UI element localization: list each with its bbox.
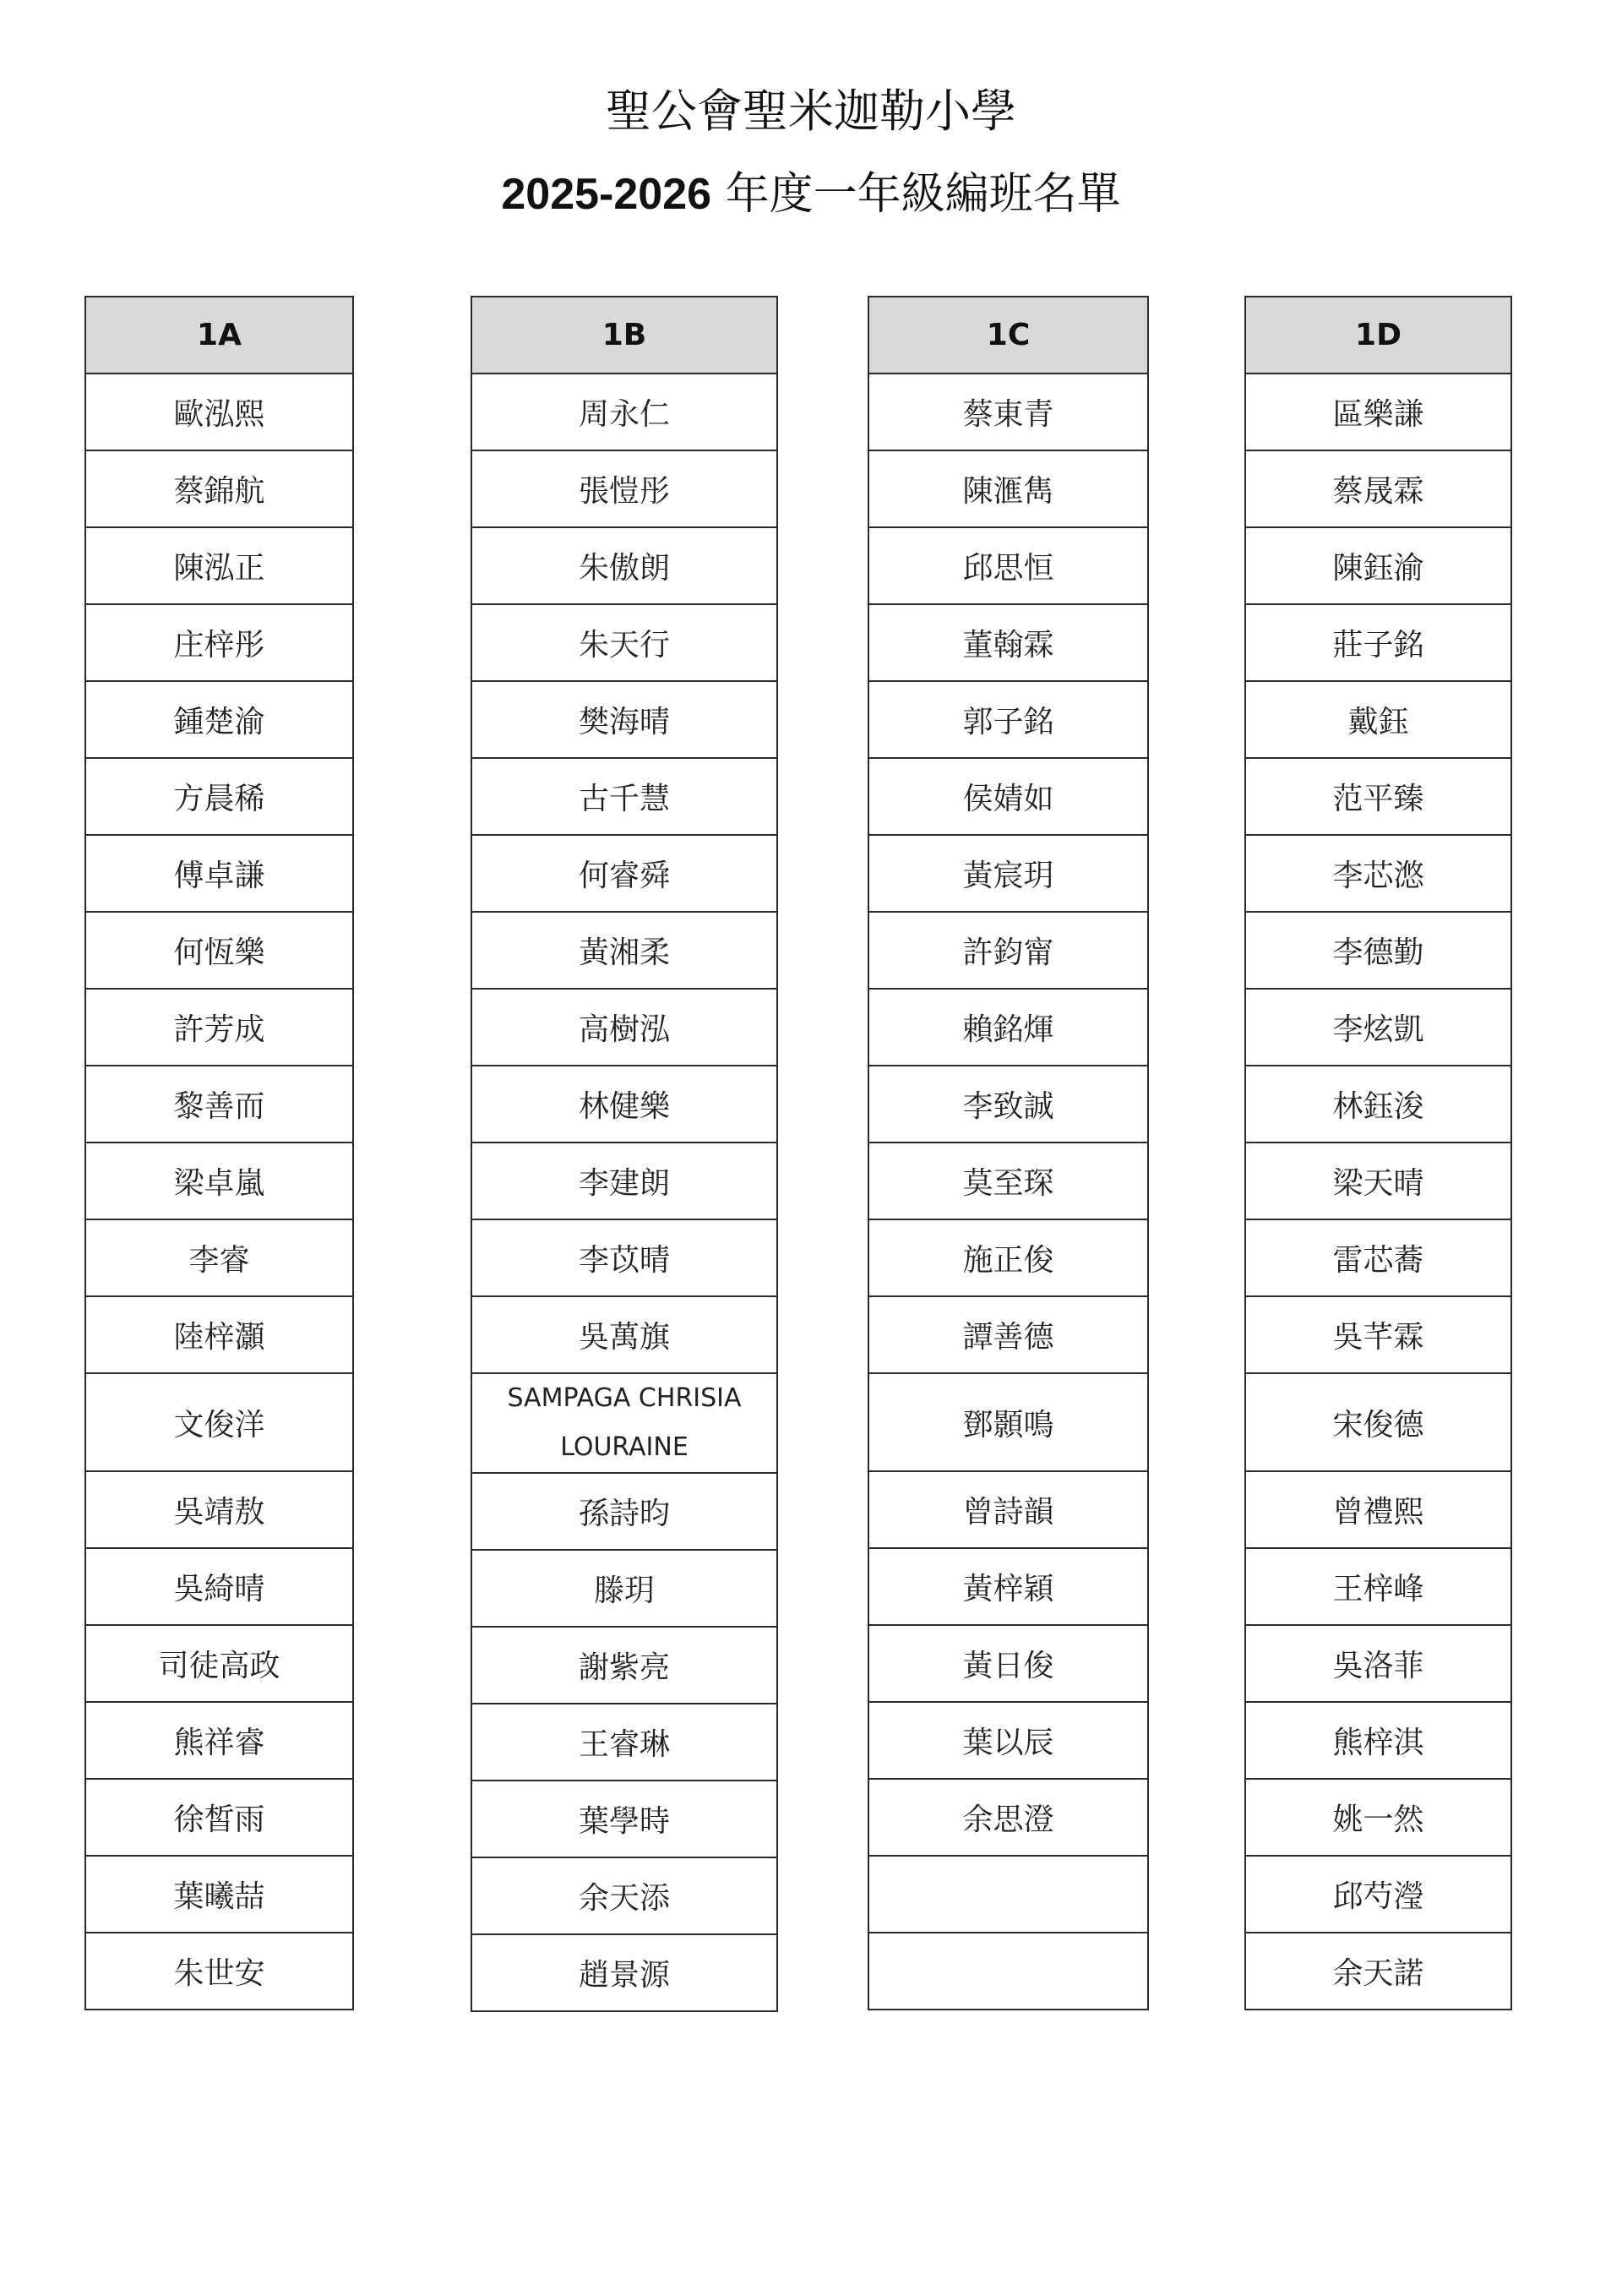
student-name: 許芳成 — [85, 989, 353, 1066]
student-name: 黃日俊 — [868, 1625, 1148, 1702]
student-name: 莊子銘 — [1245, 604, 1511, 681]
student-name: 陳鈺渝 — [1245, 527, 1511, 604]
student-row: 莊子銘 — [1245, 604, 1511, 681]
student-name: SAMPAGA CHRISIA LOURAINE — [471, 1373, 777, 1473]
student-name: 吳靖敖 — [85, 1471, 353, 1548]
student-name: 施正俊 — [868, 1219, 1148, 1296]
student-name: 梁天晴 — [1245, 1143, 1511, 1219]
subtitle-text: 年度一年級編班名單 — [726, 169, 1121, 220]
student-row: 吳芊霖 — [1245, 1296, 1511, 1373]
student-row: 葉曦喆 — [85, 1856, 353, 1933]
student-row: 蔡錦航 — [85, 450, 353, 527]
student-row: 鄧顥鳴 — [868, 1373, 1148, 1471]
student-row: 侯婧如 — [868, 758, 1148, 835]
student-row: 陸梓灝 — [85, 1296, 353, 1373]
student-name: 余天諾 — [1245, 1933, 1511, 2010]
student-name: 吳萬旗 — [471, 1296, 777, 1373]
student-row: 朱天行 — [471, 604, 777, 681]
student-name: 許鈞甯 — [868, 912, 1148, 989]
student-name: 邱思恒 — [868, 527, 1148, 604]
academic-year: 2025-2026 — [501, 170, 711, 219]
student-row: 梁天晴 — [1245, 1143, 1511, 1219]
student-row: 趙景源 — [471, 1934, 777, 2011]
student-name: 姚一然 — [1245, 1779, 1511, 1856]
student-row: 高樹泓 — [471, 989, 777, 1066]
student-row: 熊梓淇 — [1245, 1702, 1511, 1779]
student-name: 黃宸玥 — [868, 835, 1148, 912]
student-name: 余思澄 — [868, 1779, 1148, 1856]
student-row: 陳滙雋 — [868, 450, 1148, 527]
student-name: 黎善而 — [85, 1066, 353, 1143]
student-row: 宋俊德 — [1245, 1373, 1511, 1471]
student-row: 司徒高政 — [85, 1625, 353, 1702]
student-name: 李德勤 — [1245, 912, 1511, 989]
student-row: 何恆樂 — [85, 912, 353, 989]
student-name: 賴銘煇 — [868, 989, 1148, 1066]
student-name: 陳滙雋 — [868, 450, 1148, 527]
student-row: 陳泓正 — [85, 527, 353, 604]
student-name: 歐泓熙 — [85, 374, 353, 450]
student-row: 李建朗 — [471, 1143, 777, 1219]
student-row: 鍾楚渝 — [85, 681, 353, 758]
student-row: 滕玥 — [471, 1550, 777, 1627]
class-table-1a: 1A 歐泓熙蔡錦航陳泓正庄梓彤鍾楚渝方晨稀傅卓謙何恆樂許芳成黎善而梁卓嵐李睿陸梓… — [84, 296, 354, 2010]
student-row: 余思澄 — [868, 1779, 1148, 1856]
class-header: 1D — [1245, 297, 1511, 374]
student-row: 吳綺晴 — [85, 1548, 353, 1625]
student-name: 熊梓淇 — [1245, 1702, 1511, 1779]
student-name: 徐皙雨 — [85, 1779, 353, 1856]
student-name: 鍾楚渝 — [85, 681, 353, 758]
student-name: 戴鈺 — [1245, 681, 1511, 758]
student-name: 司徒高政 — [85, 1625, 353, 1702]
student-row: 方晨稀 — [85, 758, 353, 835]
student-name: 方晨稀 — [85, 758, 353, 835]
student-row: 熊祥睿 — [85, 1702, 353, 1779]
student-row: 王梓峰 — [1245, 1548, 1511, 1625]
student-name: 葉曦喆 — [85, 1856, 353, 1933]
student-name: 朱傲朗 — [471, 527, 777, 604]
student-name: 孫詩昀 — [471, 1473, 777, 1550]
student-row: 邱思恒 — [868, 527, 1148, 604]
student-row — [868, 1933, 1148, 2010]
student-name: 古千慧 — [471, 758, 777, 835]
student-name: 蔡晟霖 — [1245, 450, 1511, 527]
student-name: 王睿琳 — [471, 1704, 777, 1781]
student-name: 文俊洋 — [85, 1373, 353, 1471]
student-name: 譚善德 — [868, 1296, 1148, 1373]
student-name: 侯婧如 — [868, 758, 1148, 835]
student-row: 黎善而 — [85, 1066, 353, 1143]
empty-cell — [868, 1856, 1148, 1933]
student-name: 朱世安 — [85, 1933, 353, 2010]
student-row: 庄梓彤 — [85, 604, 353, 681]
student-row: 朱世安 — [85, 1933, 353, 2010]
student-name: 郭子銘 — [868, 681, 1148, 758]
student-row: 范平臻 — [1245, 758, 1511, 835]
student-name: 鄧顥鳴 — [868, 1373, 1148, 1471]
student-name: 謝紫亮 — [471, 1627, 777, 1704]
empty-cell — [868, 1933, 1148, 2010]
student-name: 梁卓嵐 — [85, 1143, 353, 1219]
student-name: 趙景源 — [471, 1934, 777, 2011]
student-row: 譚善德 — [868, 1296, 1148, 1373]
student-row: 徐皙雨 — [85, 1779, 353, 1856]
student-row: 李致誠 — [868, 1066, 1148, 1143]
class-header: 1A — [85, 297, 353, 374]
student-name: 陳泓正 — [85, 527, 353, 604]
student-row: 黃宸玥 — [868, 835, 1148, 912]
student-name: 何睿舜 — [471, 835, 777, 912]
student-row: 吳萬旗 — [471, 1296, 777, 1373]
student-name: 蔡錦航 — [85, 450, 353, 527]
student-row: 蔡東青 — [868, 374, 1148, 450]
student-name: 吳洛菲 — [1245, 1625, 1511, 1702]
student-name: 朱天行 — [471, 604, 777, 681]
student-row: 賴銘煇 — [868, 989, 1148, 1066]
class-table-1c: 1C 蔡東青陳滙雋邱思恒董翰霖郭子銘侯婧如黃宸玥許鈞甯賴銘煇李致誠莫至琛施正俊譚… — [868, 296, 1149, 2010]
class-header: 1C — [868, 297, 1148, 374]
student-row: SAMPAGA CHRISIA LOURAINE — [471, 1373, 777, 1473]
student-name: 區樂謙 — [1245, 374, 1511, 450]
student-name: 莫至琛 — [868, 1143, 1148, 1219]
student-name: 李睿 — [85, 1219, 353, 1296]
student-row: 朱傲朗 — [471, 527, 777, 604]
student-name: 林健樂 — [471, 1066, 777, 1143]
student-row: 莫至琛 — [868, 1143, 1148, 1219]
student-row: 黃湘柔 — [471, 912, 777, 989]
student-name: 熊祥睿 — [85, 1702, 353, 1779]
student-name: 黃梓穎 — [868, 1548, 1148, 1625]
student-row: 姚一然 — [1245, 1779, 1511, 1856]
student-row: 陳鈺渝 — [1245, 527, 1511, 604]
student-name: 葉學時 — [471, 1781, 777, 1857]
student-name: 雷芯蕎 — [1245, 1219, 1511, 1296]
student-name: 董翰霖 — [868, 604, 1148, 681]
student-name: 王梓峰 — [1245, 1548, 1511, 1625]
student-row: 李芯滺 — [1245, 835, 1511, 912]
student-name: 陸梓灝 — [85, 1296, 353, 1373]
student-row: 許芳成 — [85, 989, 353, 1066]
student-row: 戴鈺 — [1245, 681, 1511, 758]
student-row: 許鈞甯 — [868, 912, 1148, 989]
student-name: 邱芍瀅 — [1245, 1856, 1511, 1933]
student-row: 林健樂 — [471, 1066, 777, 1143]
student-name: 李炫凱 — [1245, 989, 1511, 1066]
student-name: 吳綺晴 — [85, 1548, 353, 1625]
student-row: 傅卓謙 — [85, 835, 353, 912]
student-row: 何睿舜 — [471, 835, 777, 912]
student-name: 何恆樂 — [85, 912, 353, 989]
student-name: 范平臻 — [1245, 758, 1511, 835]
student-row: 吳靖敖 — [85, 1471, 353, 1548]
student-name: 李致誠 — [868, 1066, 1148, 1143]
student-name: 林鈺浚 — [1245, 1066, 1511, 1143]
student-row: 雷芯蕎 — [1245, 1219, 1511, 1296]
student-row: 葉學時 — [471, 1781, 777, 1857]
student-row: 邱芍瀅 — [1245, 1856, 1511, 1933]
student-row: 黃梓穎 — [868, 1548, 1148, 1625]
student-row: 郭子銘 — [868, 681, 1148, 758]
student-row: 施正俊 — [868, 1219, 1148, 1296]
student-row: 樊海晴 — [471, 681, 777, 758]
student-name: 李建朗 — [471, 1143, 777, 1219]
student-name: 樊海晴 — [471, 681, 777, 758]
student-row: 余天諾 — [1245, 1933, 1511, 2010]
student-name: 張愷彤 — [471, 450, 777, 527]
student-row: 周永仁 — [471, 374, 777, 450]
student-name: 滕玥 — [471, 1550, 777, 1627]
student-name: 高樹泓 — [471, 989, 777, 1066]
student-row: 歐泓熙 — [85, 374, 353, 450]
student-row: 古千慧 — [471, 758, 777, 835]
student-row: 曾詩韻 — [868, 1471, 1148, 1548]
student-name: 余天添 — [471, 1857, 777, 1934]
student-row: 蔡晟霖 — [1245, 450, 1511, 527]
class-list-subtitle: 2025-2026 年度一年級編班名單 — [0, 164, 1622, 225]
student-row: 林鈺浚 — [1245, 1066, 1511, 1143]
student-name: 吳芊霖 — [1245, 1296, 1511, 1373]
student-name: 傅卓謙 — [85, 835, 353, 912]
student-row: 李德勤 — [1245, 912, 1511, 989]
student-name: 黃湘柔 — [471, 912, 777, 989]
student-row: 孫詩昀 — [471, 1473, 777, 1550]
student-row: 梁卓嵐 — [85, 1143, 353, 1219]
student-row: 王睿琳 — [471, 1704, 777, 1781]
student-row: 李睿 — [85, 1219, 353, 1296]
student-row: 文俊洋 — [85, 1373, 353, 1471]
student-row: 曾禮熙 — [1245, 1471, 1511, 1548]
student-name: 庄梓彤 — [85, 604, 353, 681]
class-table-1b: 1B 周永仁張愷彤朱傲朗朱天行樊海晴古千慧何睿舜黃湘柔高樹泓林健樂李建朗李苡晴吳… — [471, 296, 778, 2012]
student-name: 曾詩韻 — [868, 1471, 1148, 1548]
student-row: 張愷彤 — [471, 450, 777, 527]
student-row: 葉以辰 — [868, 1702, 1148, 1779]
student-row: 李苡晴 — [471, 1219, 777, 1296]
student-row: 區樂謙 — [1245, 374, 1511, 450]
student-row: 董翰霖 — [868, 604, 1148, 681]
class-table-1d: 1D 區樂謙蔡晟霖陳鈺渝莊子銘戴鈺范平臻李芯滺李德勤李炫凱林鈺浚梁天晴雷芯蕎吳芊… — [1244, 296, 1512, 2010]
student-name: 宋俊德 — [1245, 1373, 1511, 1471]
student-name: 葉以辰 — [868, 1702, 1148, 1779]
student-row — [868, 1856, 1148, 1933]
school-name-title: 聖公會聖米迦勒小學 — [0, 81, 1622, 142]
student-name: 周永仁 — [471, 374, 777, 450]
student-row: 謝紫亮 — [471, 1627, 777, 1704]
student-row: 黃日俊 — [868, 1625, 1148, 1702]
student-name: 李芯滺 — [1245, 835, 1511, 912]
student-name: 李苡晴 — [471, 1219, 777, 1296]
student-name: 蔡東青 — [868, 374, 1148, 450]
class-header: 1B — [471, 297, 777, 374]
student-row: 李炫凱 — [1245, 989, 1511, 1066]
student-row: 余天添 — [471, 1857, 777, 1934]
student-name: 曾禮熙 — [1245, 1471, 1511, 1548]
student-row: 吳洛菲 — [1245, 1625, 1511, 1702]
